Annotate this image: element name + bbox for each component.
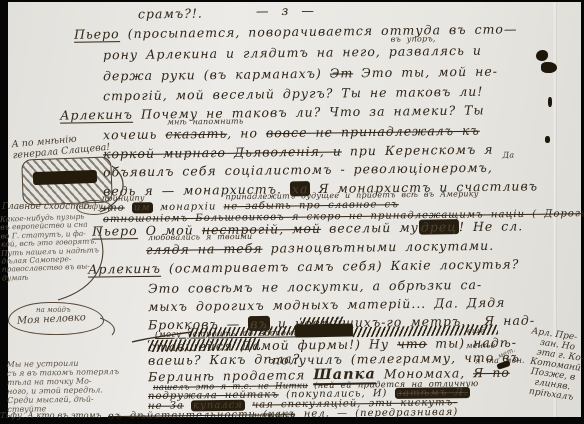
strikethrough-text: глядя на тебя bbox=[146, 241, 263, 257]
redaction-hatch bbox=[188, 326, 296, 337]
speaker-name: Арлекинъ bbox=[60, 107, 133, 124]
page-number-text: — з — bbox=[256, 3, 317, 19]
speaker-name: Пьеро bbox=[92, 223, 138, 240]
line-text: монархіи bbox=[160, 201, 217, 213]
line-text: (какъ нел. — (передразнивая) bbox=[263, 407, 458, 420]
strikethrough-text: вовсе не принадлежалъ къ bbox=[266, 123, 480, 141]
inserted-text: любовались я твоими bbox=[148, 232, 253, 242]
inserted-word: менѣе bbox=[466, 341, 496, 350]
redacted-word: им bbox=[132, 202, 153, 213]
ink-mark bbox=[548, 97, 552, 107]
strikethrough-text: сказать bbox=[165, 126, 227, 142]
ink-mark bbox=[545, 136, 550, 143]
header-note-text: срамъ?!. bbox=[138, 6, 203, 22]
speaker-name: Пьеро bbox=[74, 26, 120, 43]
insertion: Да bbox=[501, 159, 517, 174]
header-note: срамъ?!. bbox=[138, 6, 203, 22]
strikethrough-text: коркой мирнаго Дьяволенія, и bbox=[103, 143, 342, 161]
line-text: разноцвѣтными лоскутами. bbox=[270, 238, 494, 256]
line-text: при Керенскомъ я bbox=[350, 142, 494, 159]
ink-blot bbox=[536, 50, 548, 61]
margin-scribble-bar bbox=[33, 170, 97, 185]
inserted-word: въ упоръ, bbox=[391, 34, 436, 44]
line-text: развалясь и bbox=[389, 43, 482, 59]
line-text: веселый му bbox=[329, 220, 419, 236]
line-text: держа руки (въ карманахъ) bbox=[103, 66, 322, 84]
ink-blot bbox=[541, 62, 557, 73]
inserted-word: Да bbox=[503, 151, 515, 160]
correction: любовались я твоимиглядя на тебя bbox=[146, 241, 263, 257]
line-text: хочешь bbox=[103, 127, 158, 143]
line-text: ! Не сл. bbox=[459, 218, 523, 234]
margin-note-line: Тьфу. А кто въ этомъ bbox=[0, 411, 101, 421]
margin-note-bottom: Мы не устроили съ я въ такомъ потерялъ т… bbox=[7, 359, 120, 415]
scanned-manuscript-screenshot: { "colors": { "frame": "#060606", "paper… bbox=[0, 0, 584, 424]
margin-note-similarity: Какое-нибудь пузырь въ европейство и сна… bbox=[0, 212, 100, 282]
margin-note-last: Тьфу. А кто въ этомъ bbox=[0, 411, 101, 421]
margin-title-text: Главное сходство: bbox=[2, 202, 92, 212]
margin-note-right: Арл. Пре- зан. Но эта г. Ко- Котоманй По… bbox=[522, 326, 584, 404]
line-text: Это ты, мой не- bbox=[361, 64, 498, 81]
redacted-word: дрец bbox=[419, 219, 459, 234]
redaction-hatch bbox=[148, 338, 260, 352]
insertion: въ упоръ,развалясь и bbox=[389, 43, 482, 59]
margin-note-title: Главное сходство: bbox=[2, 202, 92, 212]
line-text: ты) bbox=[435, 335, 465, 350]
strikethrough-text: въ дѣйствительности bbox=[108, 409, 256, 422]
correction: мнѣ напомнитьсказать bbox=[165, 126, 227, 142]
strikethrough-text: что bbox=[397, 336, 427, 351]
strikethrough-text: Эт bbox=[330, 65, 354, 80]
redaction-block bbox=[295, 323, 353, 337]
page-number: — з — bbox=[256, 3, 317, 19]
inserted-word: мнѣ напомнить bbox=[167, 117, 243, 127]
line-text: , но bbox=[227, 125, 258, 140]
